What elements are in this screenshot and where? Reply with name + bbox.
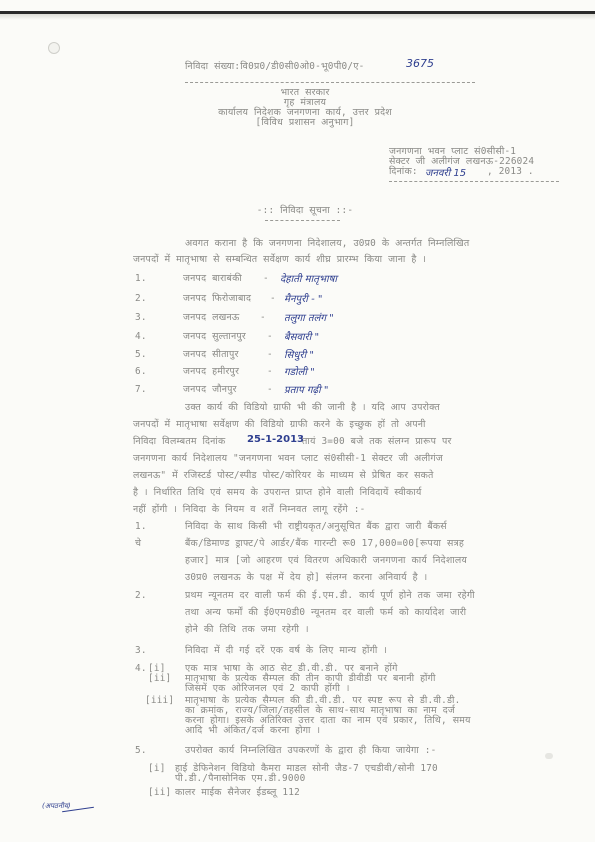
district-num: 4.: [135, 331, 147, 342]
deadline-handwritten: 25-1-2013: [247, 434, 304, 445]
body-line2: जनपदों में मातृभाषा सर्वेक्षण की विडियो …: [133, 419, 426, 430]
term1-line2: बैंक/डिमाण्ड ड्राफ्ट/पे आर्डर/बैंक गारन्…: [185, 538, 464, 549]
body-line7: नहीं होंगी । निविदा के नियम व शर्तें निम…: [133, 504, 365, 515]
district-sep: -: [260, 312, 266, 323]
body-line3: निविदा विलम्बतम दिनांक: [133, 436, 225, 447]
term2-line2: तथा अन्य फर्मों की ई0एम0डी0 न्यूनतम दर व…: [185, 607, 466, 618]
district-num: 1.: [135, 273, 147, 284]
intro-line1: अवगत कराना है कि जनगणना निदेशालय, उ0प्र0…: [185, 238, 469, 249]
header-section: [विविध प्रशासन अनुभाग]: [150, 117, 460, 128]
date-handwritten: जनवरी 15: [425, 165, 466, 179]
district-handwritten: सिधुरी ": [284, 347, 314, 361]
date-label: दिनांक:: [389, 166, 418, 177]
district-name: जनपद बाराबंकी: [183, 273, 242, 284]
district-num: 7.: [135, 384, 147, 395]
term3-line1: निविदा में दी गई दरें एक वर्ष के लिए मान…: [185, 645, 387, 656]
district-name: जनपद सुल्तानपुर: [183, 331, 246, 342]
district-sep: -: [267, 349, 273, 360]
term1-line3: हजार] मात्र [जो आहरण एवं वितरण अधिकारी ज…: [185, 555, 467, 566]
term5-ii-line1: कालर माईक सैनेजर ईडब्लू 112: [175, 787, 300, 798]
district-name: जनपद जौनपुर: [183, 384, 237, 395]
body-line3b: तायं 3=00 बजे तक संलग्न प्रारूप पर: [302, 436, 452, 447]
tender-number-handwritten: 3675: [406, 57, 434, 70]
district-sep: -: [267, 366, 273, 377]
divider: [185, 82, 475, 83]
term2-line3: होने की तिथि तक जमा रहेगी ।: [185, 624, 309, 635]
term1-line1: निविदा के साथ किसी भी राष्ट्रीयकृत/अनुसू…: [185, 521, 447, 532]
term5-mark-ii: [ii]: [148, 787, 171, 798]
district-num: 5.: [135, 349, 147, 360]
district-sep: -: [267, 331, 273, 342]
district-name: जनपद हमीरपुर: [183, 366, 239, 377]
term4-ii-line2: जिसमें एक ओरिजनल एवं 2 कापी होंगी ।: [185, 683, 350, 694]
term-num: 2.: [135, 590, 147, 601]
tender-number-label: निविदा संख्या:वि0प्र0/डी0सी0ओ0-भू0पी0/ए-: [185, 61, 364, 72]
punch-hole: [48, 42, 60, 54]
district-handwritten: मैनपुरी - ": [284, 291, 322, 305]
term-num: 5.: [135, 745, 147, 756]
district-num: 3.: [135, 312, 147, 323]
term5-i-line2: पी.डी./पैनासोनिक एम.डी.9000: [175, 773, 305, 784]
district-name: जनपद फिरोजाबाद: [183, 293, 251, 304]
divider: [389, 181, 559, 182]
district-handwritten: प्रताप गढ़ी ": [284, 382, 328, 396]
term-num: 3.: [135, 645, 147, 656]
district-sep: -: [267, 384, 273, 395]
district-sep: -: [270, 293, 276, 304]
district-name: जनपद लखनऊ: [183, 312, 240, 323]
notice-title: -:: निविदा सूचना ::-: [180, 205, 430, 216]
district-num: 6.: [135, 366, 147, 377]
term4-mark-iii: [iii]: [145, 695, 174, 706]
date-year: , 2013 .: [487, 166, 534, 177]
scan-smudge: [545, 753, 553, 759]
district-num: 2.: [135, 293, 147, 304]
term1-line4: उ0प्र0 लखनऊ के पक्ष में देय हो] संलग्न क…: [185, 572, 427, 583]
body-line5: लखनऊ" में रजिस्टर्ड पोस्ट/स्पीड पोस्ट/को…: [133, 470, 434, 481]
district-sep: -: [263, 273, 269, 284]
district-name: जनपद सीतापुर: [183, 349, 239, 360]
scan-edge-shadow: [0, 14, 595, 20]
term5-line: उपरोक्त कार्य निम्नलिखित उपकरणों के द्वा…: [185, 745, 436, 756]
district-handwritten: देहाती मातृभाषा: [280, 271, 337, 285]
body-line1: उक्त कार्य की विडियो ग्राफी भी की जानी ह…: [185, 402, 440, 413]
body-line6: है । निर्धारित तिथि एवं समय के उपरान्त प…: [133, 487, 422, 498]
body-line4: जनगणना कार्य निदेशालय "जनगणना भवन प्लाट …: [133, 453, 443, 464]
term2-line1: प्रथम न्यूनतम दर वाली फर्म की ई.एम.डी. क…: [185, 590, 475, 601]
term4-mark-ii: [ii]: [148, 673, 171, 684]
district-handwritten: तलुगा तलंग ": [284, 310, 334, 324]
term5-mark-i: [i]: [148, 763, 166, 774]
term-num: 4.: [135, 663, 147, 674]
term4-iii-line4: आदि भी अंकित/दर्ज करना होगा ।: [185, 725, 320, 736]
title-underline: [265, 220, 340, 221]
term-margin: चे: [135, 538, 141, 549]
intro-line2: जनपदों में मातृभाषा से सम्बन्धित सर्वेक्…: [133, 254, 426, 265]
term-num: 1.: [135, 521, 147, 532]
district-handwritten: गडोली ": [284, 364, 315, 378]
district-handwritten: बैसवारी ": [284, 329, 319, 343]
